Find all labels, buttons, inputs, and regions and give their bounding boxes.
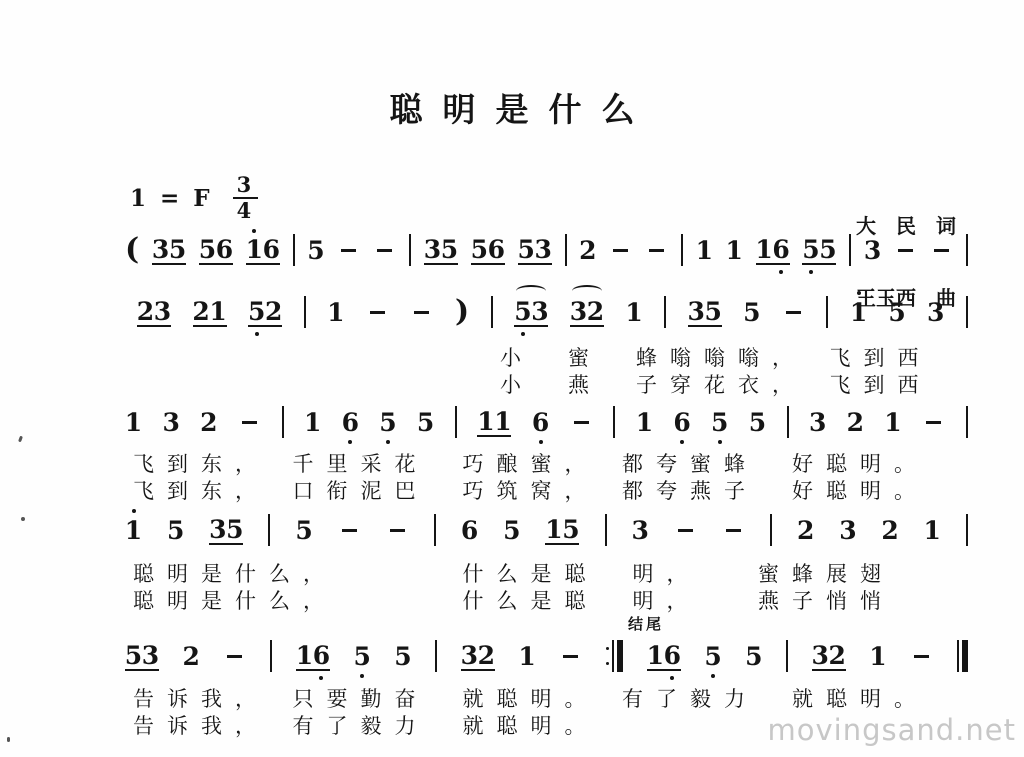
lyric-line-verse1-a: 小 蜜 蜂嗡嗡嗡， 飞到西 (500, 342, 932, 372)
key-text: 1 = F (130, 185, 213, 212)
scan-artifact (21, 517, 25, 521)
time-signature-numerator: 3 (233, 174, 259, 199)
sheet-music-page: 聪明是什么 1 = F 3 4 大 民 词 王玉西 曲 (35561653556… (0, 0, 1024, 757)
lyric-line-verse1-b: 飞到东， 千里采花 巧酿蜜， 都夸蜜蜂 好聪明。 (133, 448, 928, 478)
music-line-2: 2321521)53321355153 (137, 288, 968, 338)
time-signature: 3 4 (233, 174, 259, 222)
music-line-3: 13216551161655321 (125, 398, 968, 448)
watermark: movingsand.net (768, 713, 1016, 747)
lyric-line-verse2-b: 飞到东， 口衔泥巴 巧筑窝， 都夸燕子 好聪明。 (133, 475, 928, 505)
time-signature-denominator: 4 (237, 199, 255, 222)
lyric-line-verse1-c: 聪明是什么， 什么是聪 明， 蜜蜂展翅 (133, 558, 894, 588)
key-signature: 1 = F 3 4 (130, 174, 258, 222)
music-line-4: 15355651532321 (125, 506, 968, 556)
lyric-line-verse2-c: 聪明是什么， 什么是聪 明， 燕子悄悄 (133, 585, 894, 615)
scan-artifact (18, 436, 23, 443)
music-line-1: (355616535565321116553 (125, 226, 968, 276)
lyric-line-verse2-d: 告诉我， 有了毅力 就聪明。 (133, 710, 599, 740)
lyric-line-verse1-d: 告诉我， 只要勤奋 就聪明。 有了毅力 就聪明。 (133, 683, 928, 713)
scan-artifact (7, 737, 10, 742)
ending-section-label: 结尾 (628, 613, 664, 634)
page-title: 聪明是什么 (0, 84, 1024, 131)
music-line-5: 53216553211655321 (125, 632, 968, 682)
lyric-line-verse2-a: 小 燕 子穿花衣， 飞到西 (500, 369, 932, 399)
